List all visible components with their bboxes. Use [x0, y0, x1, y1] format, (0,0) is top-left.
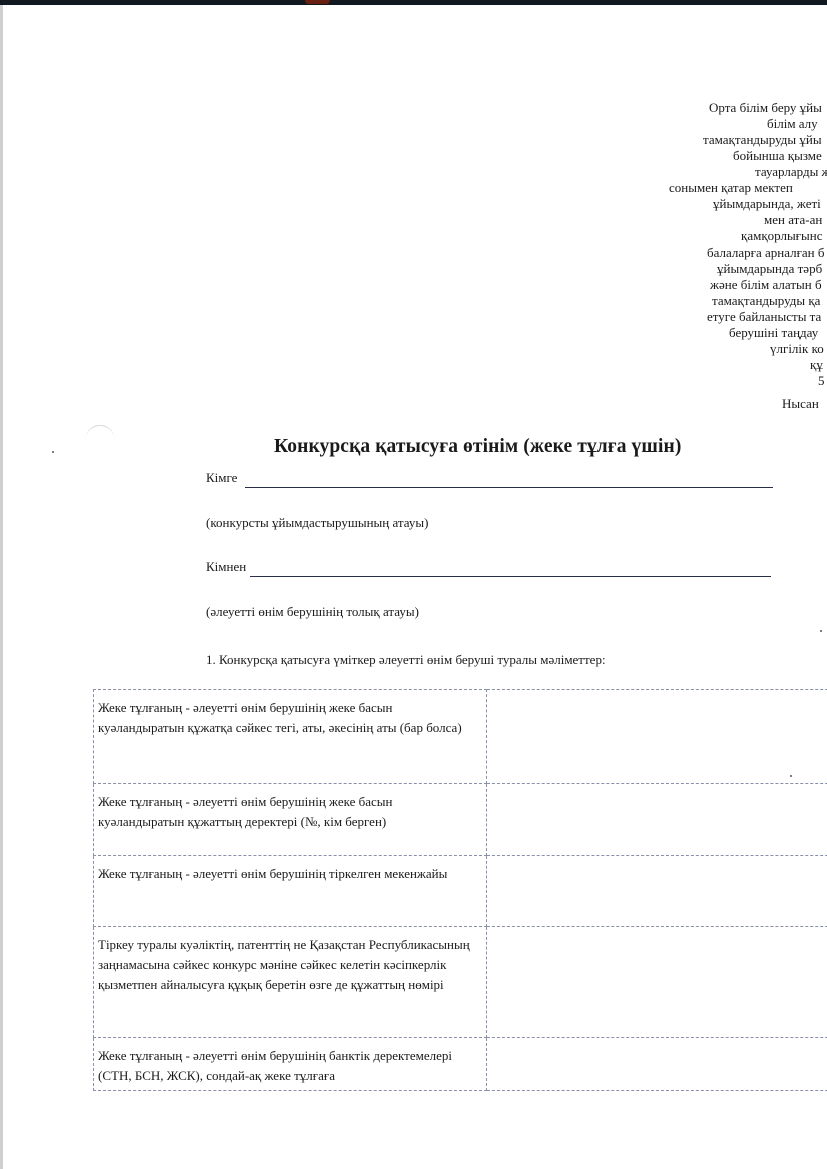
- section-heading: 1. Конкурсқа қатысуға үміткер әлеуетті ө…: [206, 652, 606, 668]
- supplier-info-table: Жеке тұлғаның - әлеуетті өнім берушінің …: [93, 689, 827, 1091]
- scan-border-top: [0, 0, 827, 5]
- row-value-input[interactable]: [486, 856, 827, 927]
- table-row: Жеке тұлғаның - әлеуетті өнім берушінің …: [94, 1038, 827, 1091]
- row-value-input[interactable]: [486, 1038, 827, 1091]
- from-field-input[interactable]: [250, 576, 771, 577]
- from-field-label: Кімнен: [206, 559, 246, 575]
- scan-speck: [52, 451, 54, 453]
- table-row: Тіркеу туралы куәліктің, патенттің не Қа…: [94, 927, 827, 1038]
- row-label: Жеке тұлғаның - әлеуетті өнім берушінің …: [94, 1038, 487, 1091]
- header-line: тамақтандыруды қа: [712, 293, 820, 309]
- row-label: Жеке тұлғаның - әлеуетті өнім берушінің …: [94, 856, 487, 927]
- header-line: етуге байланысты та: [707, 309, 821, 325]
- row-value-input[interactable]: [486, 784, 827, 856]
- header-line: берушіні таңдау: [729, 325, 818, 341]
- header-line: балаларға арналған б: [707, 245, 825, 261]
- scan-speck: [820, 630, 822, 632]
- row-label: Тіркеу туралы куәліктің, патенттің не Қа…: [94, 927, 487, 1038]
- scan-border-left: [0, 5, 3, 1169]
- header-line: құ: [810, 357, 823, 373]
- header-line: бойынша қызме: [733, 148, 822, 164]
- header-line: қамқорлығынс: [741, 228, 822, 244]
- header-line: тауарларды же: [755, 164, 827, 180]
- header-line: тамақтандыруды ұйы: [703, 132, 822, 148]
- to-field-label: Кімге: [206, 470, 237, 486]
- scan-artifact: [85, 425, 115, 456]
- header-line: Орта білім беру ұйы: [709, 100, 822, 116]
- header-line: және білім алатын б: [710, 277, 822, 293]
- header-line: мен ата-ан: [764, 212, 822, 228]
- table-row: Жеке тұлғаның - әлеуетті өнім берушінің …: [94, 856, 827, 927]
- header-line: білім алу: [767, 116, 818, 132]
- table-row: Жеке тұлғаның - әлеуетті өнім берушінің …: [94, 690, 827, 784]
- form-label: Нысан: [782, 396, 819, 412]
- row-label: Жеке тұлғаның - әлеуетті өнім берушінің …: [94, 784, 487, 856]
- header-line: ұйымдарында тәрб: [717, 261, 822, 277]
- document-title: Конкурсқа қатысуға өтінім (жеке тұлға үш…: [274, 436, 681, 458]
- header-line: ұйымдарында, жеті: [713, 196, 821, 212]
- from-field-caption: (әлеуетті өнім берушінің толық атауы): [206, 604, 419, 620]
- header-line: 5: [818, 373, 825, 389]
- to-field-caption: (конкурсты ұйымдастырушының атауы): [206, 515, 428, 531]
- to-field-input[interactable]: [245, 487, 773, 488]
- header-line: сонымен қатар мектеп: [669, 180, 793, 196]
- header-line: үлгілік ко: [770, 341, 824, 357]
- row-value-input[interactable]: [486, 690, 827, 784]
- table-row: Жеке тұлғаның - әлеуетті өнім берушінің …: [94, 784, 827, 856]
- row-value-input[interactable]: [486, 927, 827, 1038]
- row-label: Жеке тұлғаның - әлеуетті өнім берушінің …: [94, 690, 487, 784]
